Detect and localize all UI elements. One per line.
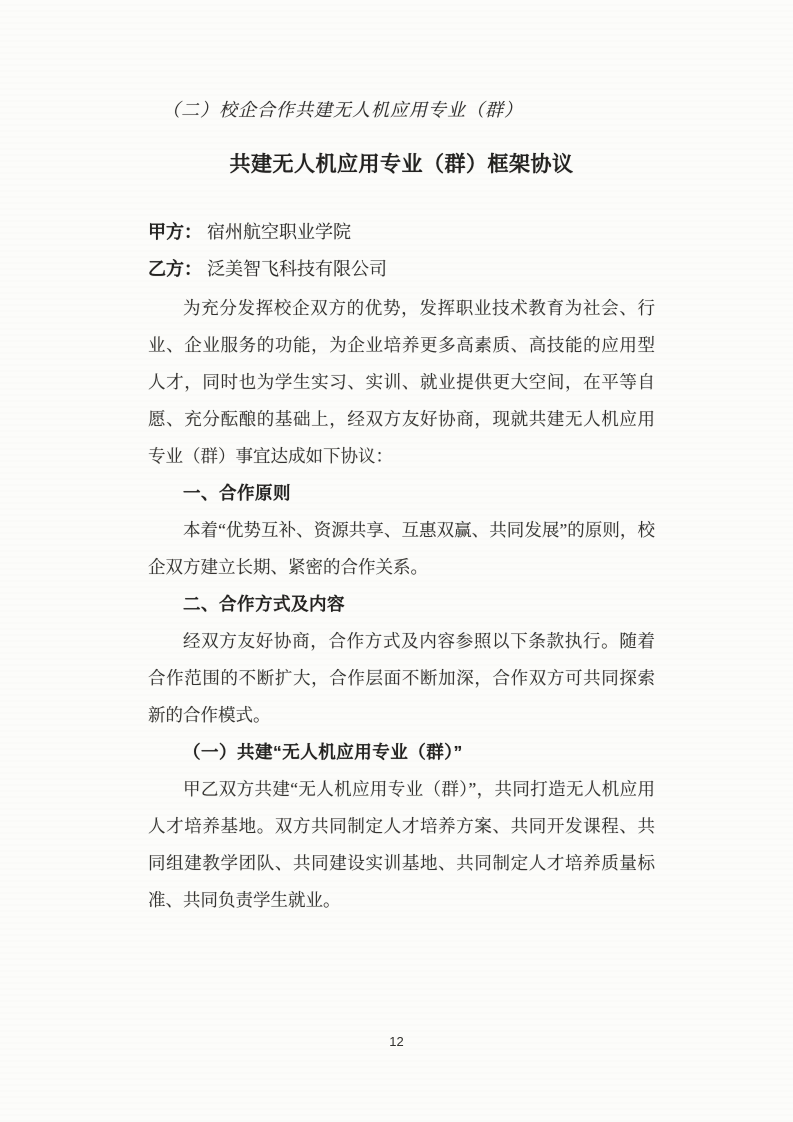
party-a-label: 甲方： [148,222,202,242]
party-b-value: 泛美智飞科技有限公司 [207,259,387,279]
clause-1-heading: （一）共建“无人机应用专业（群）” [148,734,655,771]
document-title: 共建无人机应用专业（群）框架协议 [148,150,655,180]
section-2-paragraph: 经双方友好协商，合作方式及内容参照以下条款执行。随着合作范围的不断扩大，合作层面… [148,623,655,734]
section-1-paragraph: 本着“优势互补、资源共享、互惠双赢、共同发展”的原则，校企双方建立长期、紧密的合… [148,512,655,586]
intro-paragraph: 为充分发挥校企双方的优势，发挥职业技术教育为社会、行业、企业服务的功能，为企业培… [148,290,655,475]
scanned-document-page: （二）校企合作共建无人机应用专业（群） 共建无人机应用专业（群）框架协议 甲方：… [0,0,793,1122]
clause-1-paragraph: 甲乙双方共建“无人机应用专业（群）”，共同打造无人机应用人才培养基地。双方共同制… [148,771,655,919]
section-1-heading: 一、合作原则 [148,475,655,512]
parties-block: 甲方：宿州航空职业学院 乙方：泛美智飞科技有限公司 [148,214,655,288]
page-number: 12 [0,1034,793,1049]
document-content: （二）校企合作共建无人机应用专业（群） 共建无人机应用专业（群）框架协议 甲方：… [148,96,655,919]
party-a-value: 宿州航空职业学院 [207,222,351,242]
party-b-label: 乙方： [148,259,202,279]
section-heading: （二）校企合作共建无人机应用专业（群） [162,96,655,124]
party-a-row: 甲方：宿州航空职业学院 [148,214,655,251]
party-b-row: 乙方：泛美智飞科技有限公司 [148,251,655,288]
section-2-heading: 二、合作方式及内容 [148,586,655,623]
